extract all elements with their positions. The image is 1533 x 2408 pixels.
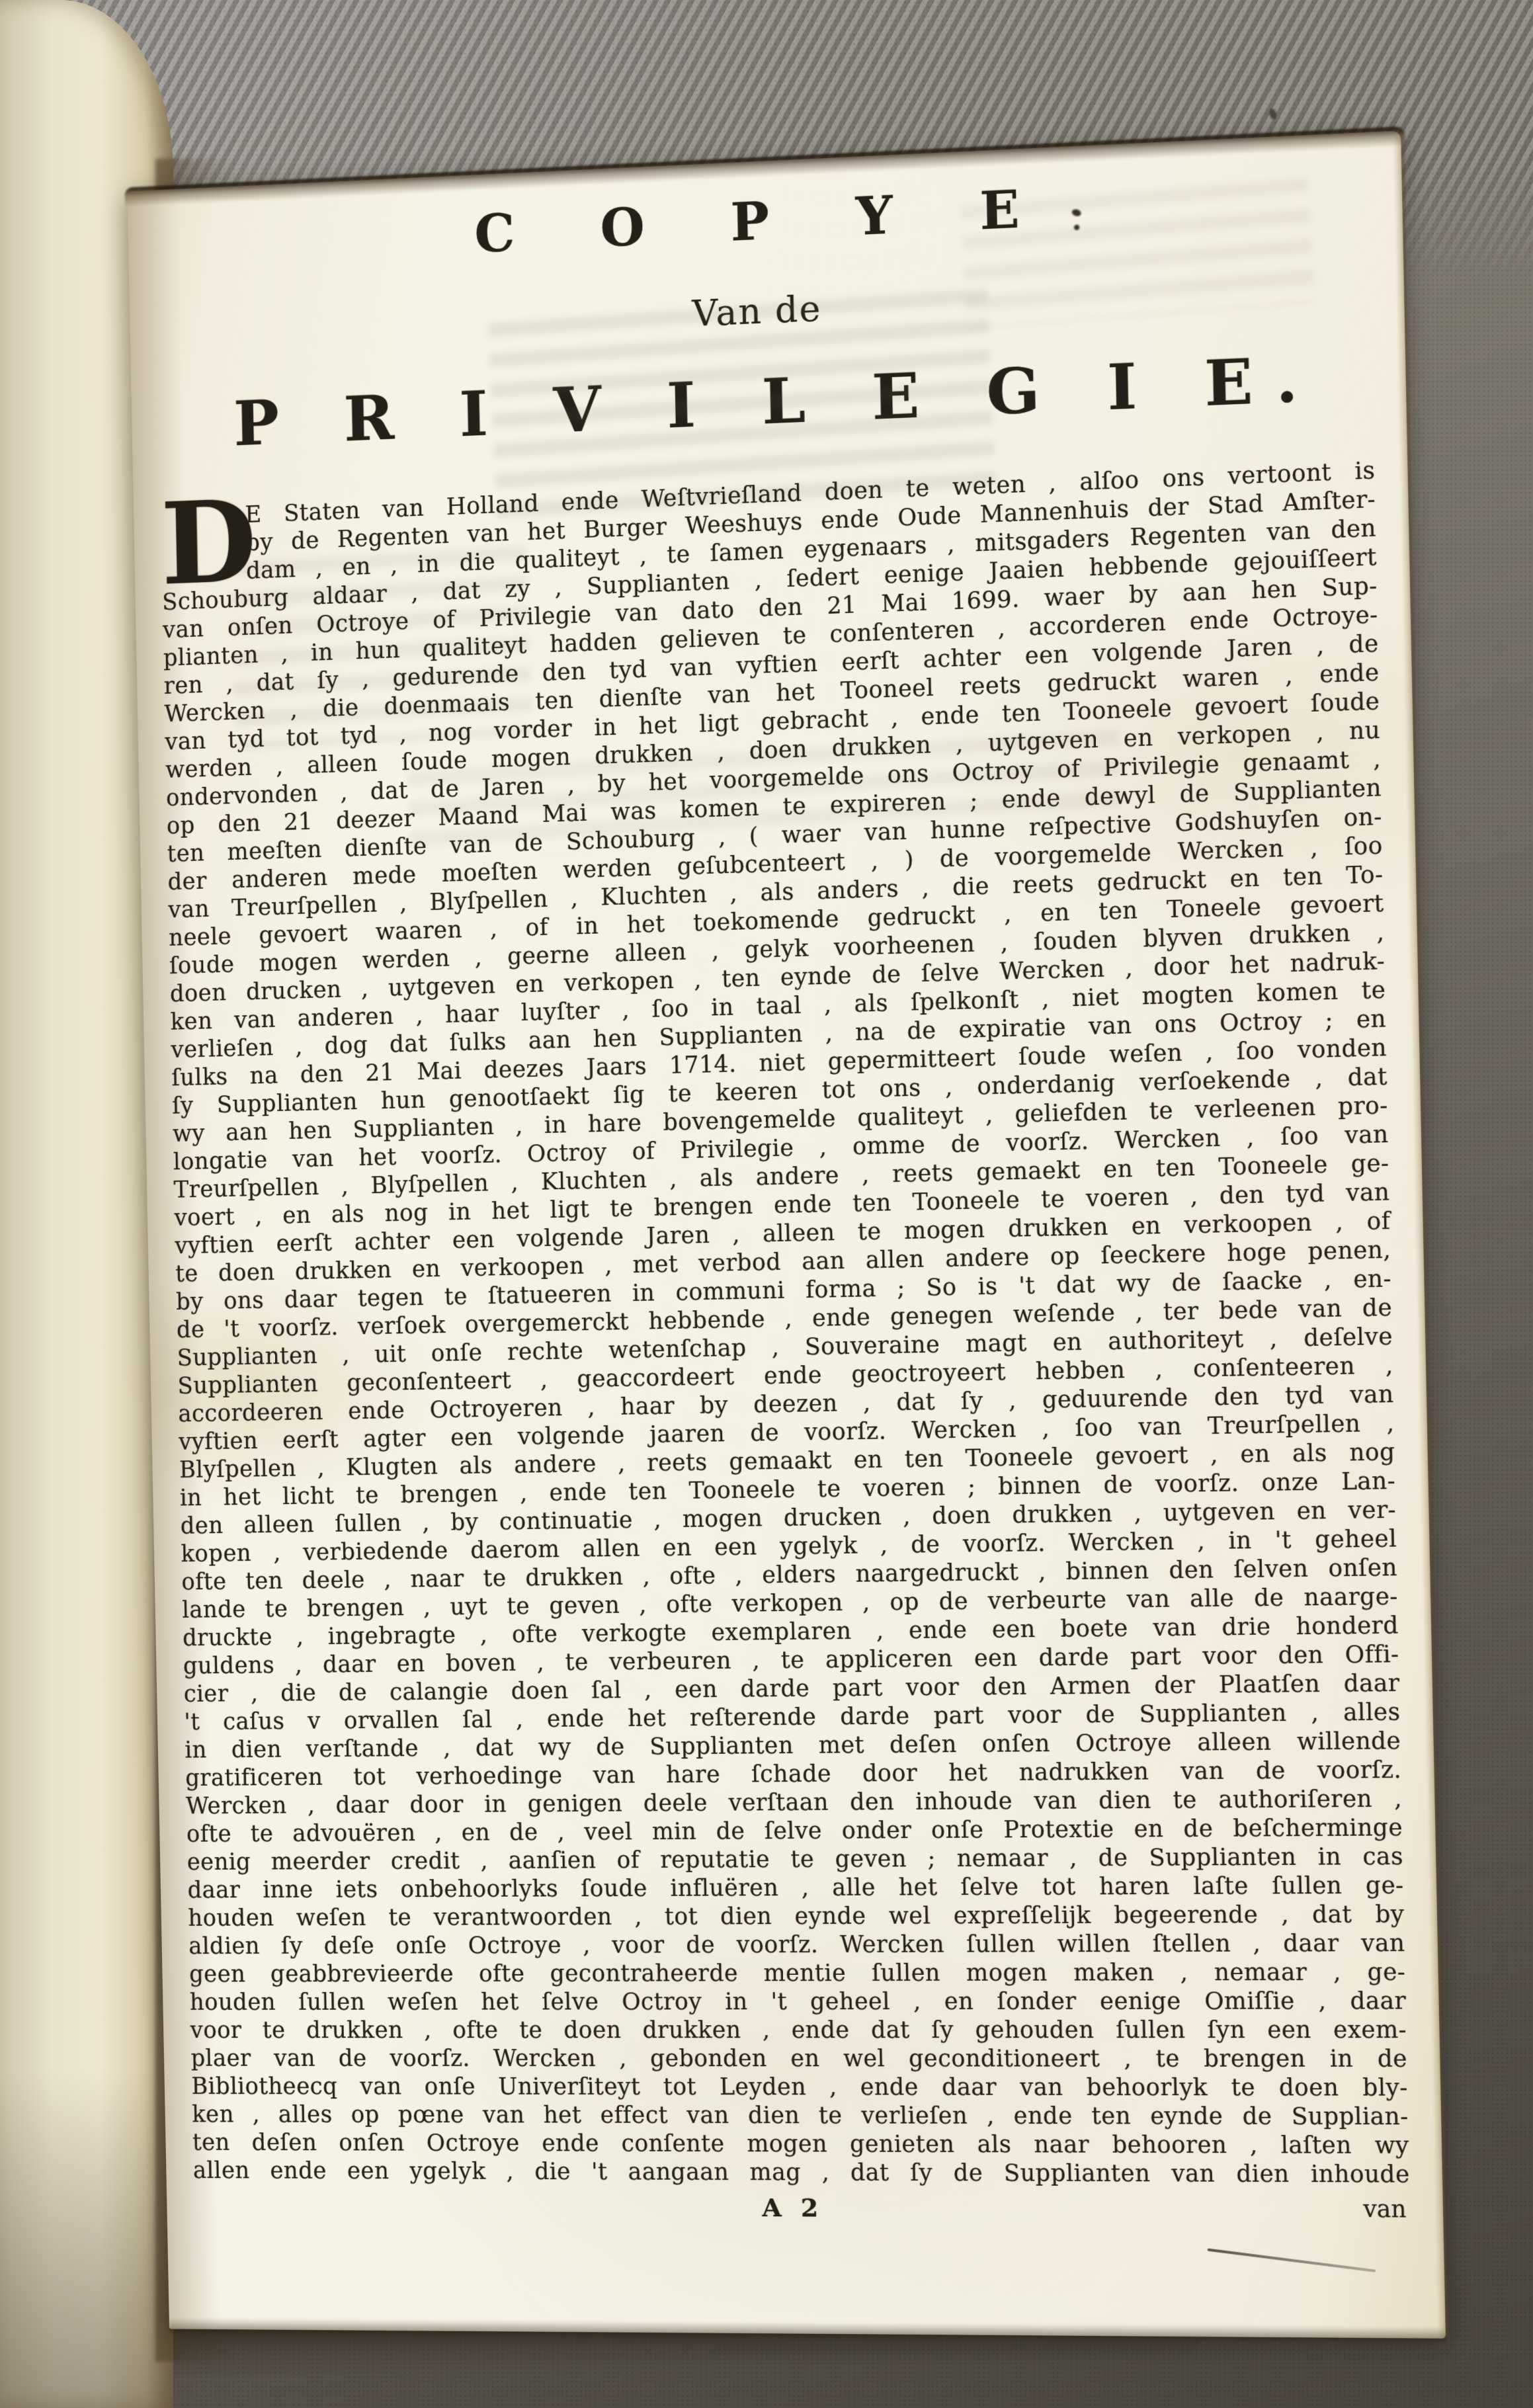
body-line: houden weſen te verantwoorden , tot dien…	[188, 1901, 1405, 1933]
body-line: eenig meerder credit , aanſien of reputa…	[186, 1843, 1403, 1877]
drop-cap-initial: D	[160, 492, 257, 593]
page-title-privilegie: P R I V I L E G I E.	[131, 339, 1406, 464]
book-photo-scene: C O P Y E Van de P R I V I L E G I E. D …	[0, 0, 1533, 2408]
pen-stroke-mark	[1208, 2249, 1376, 2272]
body-line: allen ende een ygelyk , die 't aangaan m…	[193, 2157, 1410, 2190]
body-line: geen geabbrevieerde ofte gecontraheerde …	[189, 1958, 1406, 1989]
body-text-block: D E Staten van Holland ende Weſtvrieſlan…	[160, 457, 1410, 2190]
body-line: houden ſullen weſen het ſelve Octroy in …	[190, 1987, 1407, 2017]
body-line: daar inne iets onbehoorlyks ſoude influë…	[187, 1872, 1404, 1905]
body-line: plaer van de voorſz. Wercken , gebonden …	[190, 2045, 1407, 2074]
body-line: ten deſen onſen Octroye ende conſente mo…	[192, 2129, 1409, 2161]
body-line: ken , alles op pœne van het effect van d…	[192, 2101, 1409, 2132]
body-line: Bibliotheecq van onſe Univerſiteyt tot L…	[191, 2073, 1408, 2102]
body-line: aldien ſy deſe onſe Octroye , voor de vo…	[188, 1930, 1405, 1961]
body-line: voor te drukken , ofte te doen drukken ,…	[190, 2016, 1407, 2046]
page-title-van-de: Van de	[130, 261, 1404, 359]
book-page: C O P Y E Van de P R I V I L E G I E. D …	[127, 130, 1445, 2338]
catchword: van	[1363, 2196, 1407, 2223]
signature-mark: A 2	[194, 2190, 1411, 2225]
signature-row: A 2 van	[194, 2190, 1411, 2233]
body-lines: E Staten van Holland ende Weſtvrieſland …	[160, 457, 1410, 2190]
